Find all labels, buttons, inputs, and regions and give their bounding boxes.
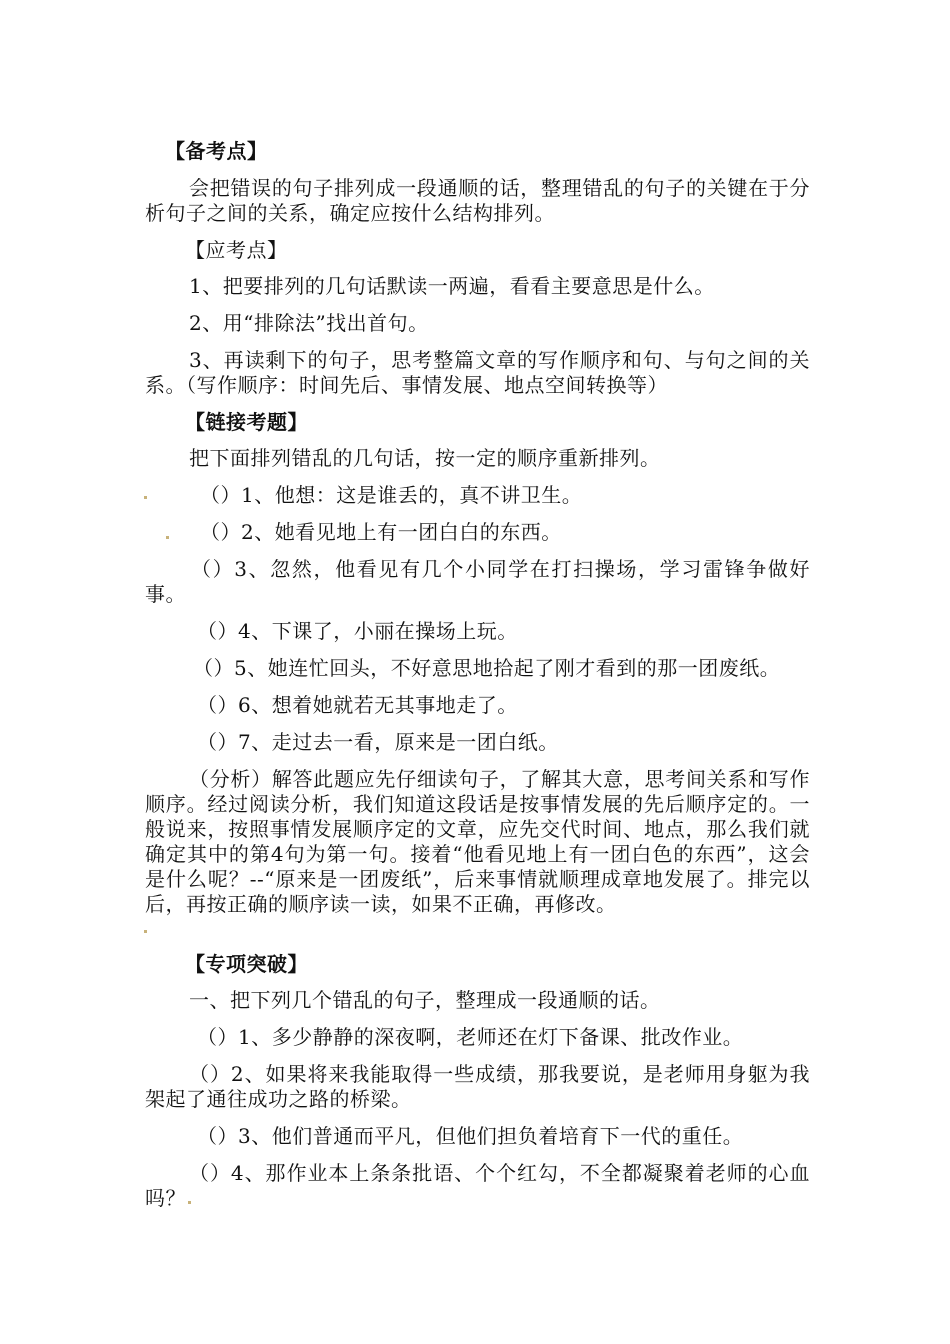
edit-mark bbox=[166, 536, 169, 539]
linked-analysis: （分析）解答此题应先仔细读句子，了解其大意，思考间关系和写作顺序。经过阅读分析，… bbox=[145, 767, 810, 917]
linked-item-3: （）3、忽然，他看见有几个小同学在打扫操场，学习雷锋争做好事。 bbox=[145, 557, 810, 607]
practice-item-1: （）1、多少静静的深夜啊，老师还在灯下备课、批改作业。 bbox=[197, 1025, 743, 1050]
heading-prep: 【备考点】 bbox=[165, 139, 268, 164]
practice-item-2: （）2、如果将来我能取得一些成绩，那我要说，是老师用身躯为我架起了通往成功之路的… bbox=[145, 1062, 810, 1112]
practice-instruction: 一、把下列几个错乱的句子，整理成一段通顺的话。 bbox=[189, 988, 661, 1013]
heading-respond: 【应考点】 bbox=[185, 238, 288, 263]
respond-step-3: 3、再读剩下的句子，思考整篇文章的写作顺序和句、与句之间的关系。（写作顺序：时间… bbox=[145, 348, 810, 398]
respond-step-2: 2、用“排除法”找出首句。 bbox=[189, 311, 429, 336]
heading-practice: 【专项突破】 bbox=[185, 952, 308, 977]
linked-instruction: 把下面排列错乱的几句话，按一定的顺序重新排列。 bbox=[189, 446, 661, 471]
heading-linked: 【链接考题】 bbox=[185, 410, 308, 435]
edit-mark bbox=[144, 496, 147, 499]
respond-step-1: 1、把要排列的几句话默读一两遍，看看主要意思是什么。 bbox=[189, 274, 715, 299]
edit-mark bbox=[144, 930, 147, 933]
linked-item-4: （）4、下课了，小丽在操场上玩。 bbox=[197, 619, 518, 644]
linked-item-1: （）1、他想：这是谁丢的，真不讲卫生。 bbox=[200, 483, 582, 508]
linked-item-7: （）7、走过去一看，原来是一团白纸。 bbox=[197, 730, 559, 755]
prep-body: 会把错误的句子排列成一段通顺的话，整理错乱的句子的关键在于分析句子之间的关系，确… bbox=[145, 176, 810, 226]
linked-item-2: （）2、她看见地上有一团白白的东西。 bbox=[200, 520, 562, 545]
linked-item-5: （）5、她连忙回头，不好意思地拾起了刚才看到的那一团废纸。 bbox=[193, 656, 780, 681]
linked-item-6: （）6、想着她就若无其事地走了。 bbox=[197, 693, 518, 718]
edit-mark bbox=[188, 1201, 191, 1204]
practice-item-4: （）4、那作业本上条条批语、个个红勾，不全都凝聚着老师的心血吗？ bbox=[145, 1161, 810, 1211]
practice-item-3: （）3、他们普通而平凡，但他们担负着培育下一代的重任。 bbox=[197, 1124, 743, 1149]
